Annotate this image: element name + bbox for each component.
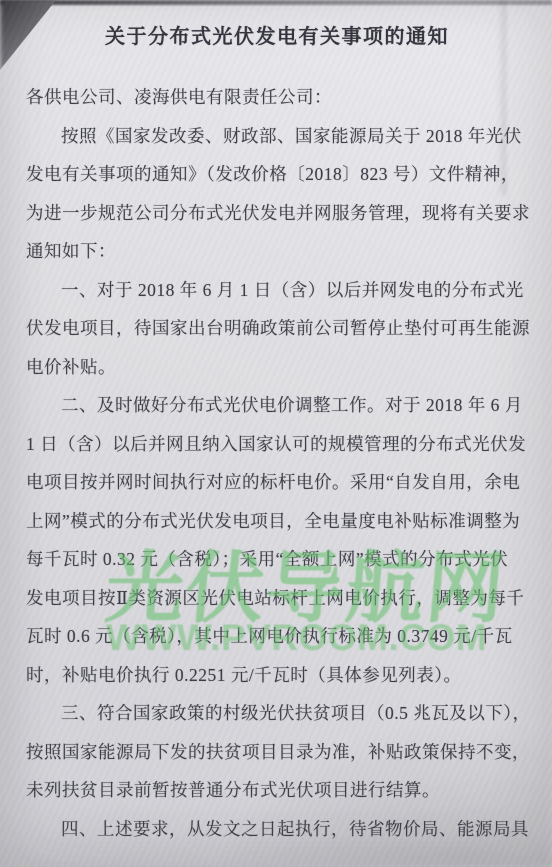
paragraph-line: 按照《国家发改委、财政部、国家能源局关于 2018 年光伏 [26,117,528,156]
paragraph-line: 每千瓦时 0.32 元（含税）；采用“全额上网”模式的分布式光伏 [26,540,528,579]
salutation-line: 各供电公司、凌海供电有限责任公司： [26,78,528,117]
notice-document: 关于分布式光伏发电有关事项的通知 各供电公司、凌海供电有限责任公司： 按照《国家… [0,0,552,848]
paragraph-item-3: 三、符合国家政策的村级光伏扶贫项目（0.5 兆瓦及以下）， 按照国家能源局下发的… [26,694,528,810]
paragraph-line: 时，补贴电价执行 0.2251 元/千瓦时（具体参见列表）。 [26,656,528,695]
paragraph-line: 三、符合国家政策的村级光伏扶贫项目（0.5 兆瓦及以下）， [26,694,528,733]
document-photo: 关于分布式光伏发电有关事项的通知 各供电公司、凌海供电有限责任公司： 按照《国家… [0,0,552,867]
paragraph-item-4: 四、上述要求，从发文之日起执行，待省物价局、能源局具 [26,810,528,849]
paragraph-line: 电价补贴。 [26,348,528,387]
paragraph-line: 四、上述要求，从发文之日起执行，待省物价局、能源局具 [26,810,528,849]
paragraph-line: 1 日（含）以后并网且纳入国家认可的规模管理的分布式光伏发 [26,425,528,464]
paragraph-line: 二、及时做好分布式光伏电价调整工作。对于 2018 年 6 月 [26,386,528,425]
paragraph-line: 伏发电项目，待国家出台明确政策前公司暂停止垫付可再生能源 [26,309,528,348]
paragraph-item-1: 一、对于 2018 年 6 月 1 日（含）以后并网发电的分布式光 伏发电项目，… [26,271,528,387]
document-title: 关于分布式光伏发电有关事项的通知 [26,22,528,52]
paragraph-line: 通知如下： [26,232,528,271]
paragraph-line: 电项目按并网时间执行对应的标杆电价。采用“自发自用，余电 [26,463,528,502]
paragraph-line: 未列扶贫目录前暂按普通分布式光伏项目进行结算。 [26,771,528,810]
paragraph-line: 发电有关事项的通知》（发改价格〔2018〕823 号）文件精神， [26,155,528,194]
paragraph-line: 发电项目按Ⅱ类资源区光伏电站标杆上网电价执行，调整为每千 [26,579,528,618]
paragraph-item-2: 二、及时做好分布式光伏电价调整工作。对于 2018 年 6 月 1 日（含）以后… [26,386,528,694]
paragraph-line: 上网”模式的分布式光伏发电项目，全电量度电补贴标准调整为 [26,502,528,541]
paragraph-line: 瓦时 0.6 元（含税），其中上网电价执行标准为 0.3749 元/千瓦 [26,617,528,656]
paragraph-line: 一、对于 2018 年 6 月 1 日（含）以后并网发电的分布式光 [26,271,528,310]
title-spacer [26,52,528,78]
paragraph-line: 为进一步规范公司分布式光伏发电并网服务管理，现将有关要求 [26,194,528,233]
paragraph-line: 按照国家能源局下发的扶贫项目目录为准，补贴政策保持不变， [26,733,528,772]
paragraph-1: 按照《国家发改委、财政部、国家能源局关于 2018 年光伏 发电有关事项的通知》… [26,117,528,271]
